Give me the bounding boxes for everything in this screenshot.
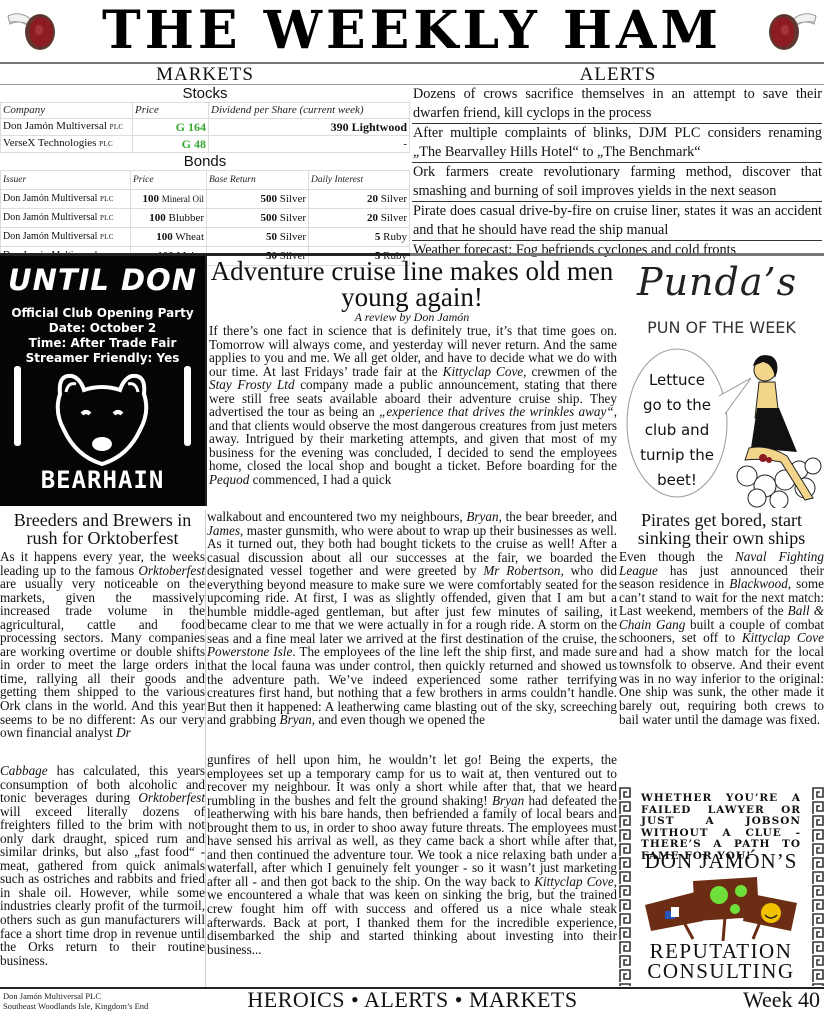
publisher-name: Don Jamón Multiversal PLC [3,991,148,1001]
article-body: If there’s one fact in science that is d… [207,324,617,487]
ad-line: Date: October 2 [0,321,205,336]
alerts-heading: ALERTS [412,64,824,84]
alert-item: Dozens of crows sacrifice themselves in … [412,85,822,124]
bonds-heading: Bonds [0,153,410,170]
column-header: Base Return [207,171,309,190]
alert-item: Ork farmers create revolutionary farming… [412,163,822,202]
pirates-article: Pirates get bored, start sinking their o… [619,511,824,726]
publisher-address: Southeast Woodlands Isle, Kingdom’s End [3,1001,148,1011]
reputation-consulting-ad: WHETHER YOU’RE A FAILED LAWYER OR JUST A… [619,787,824,986]
punda-character-icon [727,348,822,508]
article-headline: Pirates get bored, start sinking their o… [619,511,824,547]
alert-item: Pirate does casual drive-by-fire on crui… [412,202,822,241]
main-article-continued: gunfires of hell upon him, he wouldn’t l… [207,753,617,956]
article-byline: A review by Don Jamón [207,310,617,324]
issue-week: Week 40 [743,988,820,1012]
markets-heading: MARKETS [0,64,410,84]
column-header: Price [131,171,207,190]
table-row: Don Jamón Multiversal PLC 100 Mineral Oi… [1,190,410,209]
return-cell: 50 Silver [207,228,309,247]
price-cell: 100 Mineral Oil [131,190,207,209]
column-header: Company [1,103,133,119]
table-header-row: Company Price Dividend per Share (curren… [1,103,410,119]
table-row: VerseX Technologies PLC G 48 - [1,136,410,153]
dividend-cell: 390 Lightwood [209,119,410,136]
publisher-info: Don Jamón Multiversal PLC Southeast Wood… [3,991,148,1011]
winged-ham-icon [6,6,62,52]
return-cell: 500 Silver [207,209,309,228]
pun-of-the-week: Punda’s PUN OF THE WEEK Lettuce go to th… [619,256,824,508]
greek-key-border-icon [619,787,631,986]
article-headline: Adventure cruise line makes old men youn… [207,258,617,310]
article-body: gunfires of hell upon him, he wouldn’t l… [207,753,617,956]
column-header: Dividend per Share (current week) [209,103,410,119]
alerts-panel: Dozens of crows sacrifice themselves in … [412,85,822,253]
company-cell: Don Jamón Multiversal PLC [1,119,133,136]
ad-brand-name: DON JAMÓN’S [635,849,807,874]
price-cell: G 164 [133,119,209,136]
interest-cell: 20 Silver [309,190,410,209]
ad-headline: UNTIL DON [0,262,205,298]
protest-signs-icon [641,877,801,941]
main-article-continued: walkabout and encountered two my neighbo… [207,510,617,727]
masthead: THE WEEKLY HAM [0,0,824,62]
table-row: Don Jamón Multiversal PLC G 164 390 Ligh… [1,119,410,136]
stocks-heading: Stocks [0,85,410,102]
alert-item: After multiple complaints of blinks, DJM… [412,124,822,163]
winged-ham-icon [762,6,818,52]
greek-key-border-icon [812,787,824,986]
stocks-table: Company Price Dividend per Share (curren… [0,102,410,153]
interest-cell: 5 Ruby [309,228,410,247]
price-cell: 100 Wheat [131,228,207,247]
pun-text: Lettuce go to the club and turnip the be… [627,368,727,493]
article-body: Cabbage has calculated, this years consu… [0,764,205,967]
return-cell: 500 Silver [207,190,309,209]
table-row: Don Jamón Multiversal PLC 100 Wheat 50 S… [1,228,410,247]
newspaper-title: THE WEEKLY HAM [70,2,754,60]
column-header: Daily Interest [309,171,410,190]
price-cell: 100 Blubber [131,209,207,228]
article-body: walkabout and encountered two my neighbo… [207,510,617,727]
table-header-row: Issuer Price Base Return Daily Interest [1,171,410,190]
club-opening-ad: UNTIL DON Official Club Opening Party Da… [0,256,205,506]
article-body: As it happens every year, the weeks lead… [0,550,205,740]
orktoberfest-article: Breeders and Brewers in rush for Orktobe… [0,511,205,740]
article-body: Even though the Naval Fighting League ha… [619,550,824,726]
ad-line: Time: After Trade Fair [0,336,205,351]
issuer-cell: Don Jamón Multiversal PLC [1,190,131,209]
main-article: Adventure cruise line makes old men youn… [207,256,617,487]
ad-service: REPUTATION CONSULTING [635,941,807,981]
markets-panel: Stocks Company Price Dividend per Share … [0,85,410,253]
article-headline: Breeders and Brewers in rush for Orktobe… [0,511,205,547]
section-tagline: HEROICS • ALERTS • MARKETS [210,988,615,1012]
bonds-table: Issuer Price Base Return Daily Interest … [0,170,410,266]
table-row: Don Jamón Multiversal PLC 100 Blubber 50… [1,209,410,228]
interest-cell: 20 Silver [309,209,410,228]
issuer-cell: Don Jamón Multiversal PLC [1,209,131,228]
column-divider [205,510,206,987]
dividend-cell: - [209,136,410,153]
column-header: Issuer [1,171,131,190]
price-cell: G 48 [133,136,209,153]
column-header: Price [133,103,209,119]
club-brand-logo: BEARHAIN [0,466,205,494]
smiley-icon [761,903,781,923]
ad-line: Official Club Opening Party [0,306,205,321]
company-cell: VerseX Technologies PLC [1,136,133,153]
issuer-cell: Don Jamón Multiversal PLC [1,228,131,247]
column-divider [205,256,207,506]
